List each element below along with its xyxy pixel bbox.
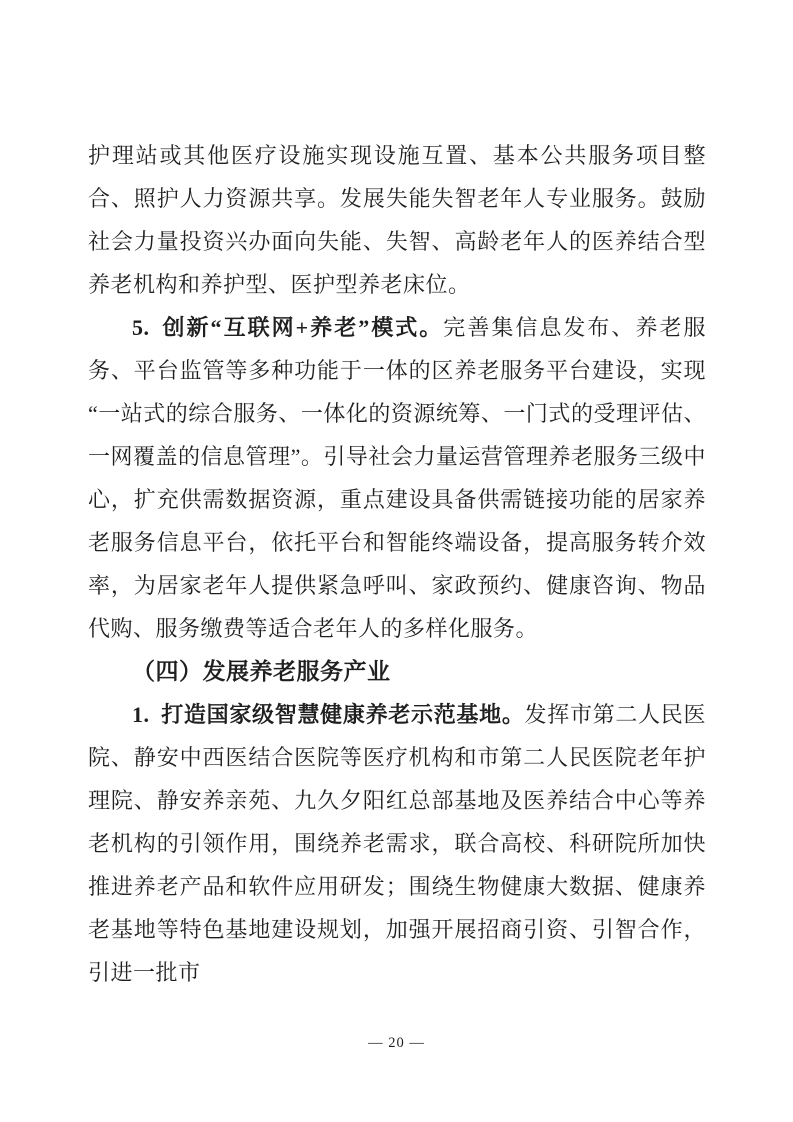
section-heading-4: （四）发展养老服务产业 — [88, 650, 706, 693]
paragraph-item-1: 1. 打造国家级智慧健康养老示范基地。发挥市第二人民医院、静安中西医结合医院等医… — [88, 693, 706, 994]
item-1-bold-lead: 1. 打造国家级智慧健康养老示范基地。 — [132, 702, 525, 727]
document-body: 护理站或其他医疗设施实现设施互置、基本公共服务项目整合、照护人力资源共享。发展失… — [88, 134, 706, 994]
document-page: 护理站或其他医疗设施实现设施互置、基本公共服务项目整合、照护人力资源共享。发展失… — [0, 0, 793, 1122]
paragraph-text: 护理站或其他医疗设施实现设施互置、基本公共服务项目整合、照护人力资源共享。发展失… — [88, 143, 706, 297]
paragraph-item-5: 5. 创新“互联网+养老”模式。完善集信息发布、养老服务、平台监管等多种功能于一… — [88, 306, 706, 650]
item-1-text: 发挥市第二人民医院、静安中西医结合医院等医疗机构和市第二人民医院老年护理院、静安… — [88, 702, 706, 985]
paragraph-continuation: 护理站或其他医疗设施实现设施互置、基本公共服务项目整合、照护人力资源共享。发展失… — [88, 134, 706, 306]
page-number: — 20 — — [0, 1033, 793, 1053]
item-5-text: 完善集信息发布、养老服务、平台监管等多种功能于一体的区养老服务平台建设，实现“一… — [88, 315, 706, 641]
item-5-bold-lead: 5. 创新“互联网+养老”模式。 — [132, 315, 443, 340]
